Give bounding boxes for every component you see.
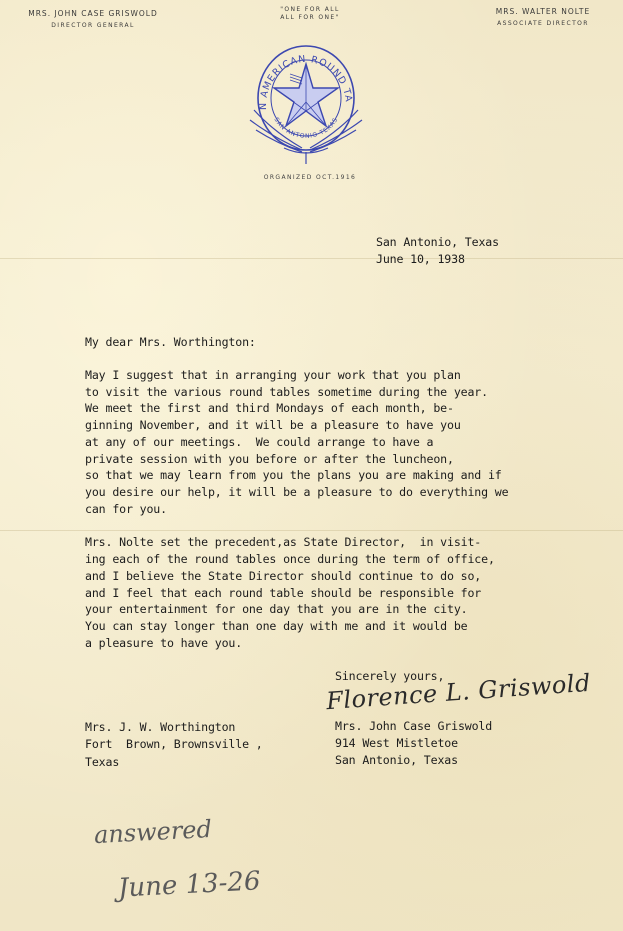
associate-director-name: MRS. WALTER NOLTE [468,7,618,16]
paragraph-1-line: can for you. [85,501,167,518]
paragraph-1-line: We meet the first and third Mondays of e… [85,400,454,417]
paper-fold-line [0,530,623,531]
sender-line: 914 West Mistletoe [335,735,458,752]
paragraph-1-line: you desire our help, it will be a pleasu… [85,484,508,501]
pencil-note-date: June 13-26 [117,866,261,903]
recipient-line: Fort Brown, Brownsville , [85,736,263,753]
paragraph-2-line: a pleasure to have you. [85,635,242,652]
letter-date: June 10, 1938 [376,251,465,268]
pan-american-round-table-seal-icon: PAN AMERICAN ROUND TABLE SAN ANTONIO TEX… [244,40,368,164]
organized-date: ORGANIZED OCT.1916 [250,174,370,181]
paragraph-1-line: at any of our meetings. We could arrange… [85,434,433,451]
sender-line: San Antonio, Texas [335,752,458,769]
paragraph-1-line: private session with you before or after… [85,451,454,468]
paragraph-2-line: ing each of the round tables once during… [85,551,495,568]
sender-line: Mrs. John Case Griswold [335,718,492,735]
paper-fold-line [0,258,623,259]
associate-director-title: ASSOCIATE DIRECTOR [468,20,618,27]
letterhead-right: MRS. WALTER NOLTE ASSOCIATE DIRECTOR [468,7,618,27]
paragraph-1-line: May I suggest that in arranging your wor… [85,367,461,384]
paragraph-1-line: so that we may learn from you the plans … [85,467,502,484]
letterhead-left: MRS. JOHN CASE GRISWOLD DIRECTOR GENERAL [8,9,178,29]
paragraph-2-line: You can stay longer than one day with me… [85,618,467,635]
salutation: My dear Mrs. Worthington: [85,334,256,351]
director-general-title: DIRECTOR GENERAL [8,22,178,29]
paragraph-1-line: to visit the various round tables someti… [85,384,488,401]
svg-text:SAN ANTONIO TEXAS: SAN ANTONIO TEXAS [273,116,340,139]
paragraph-2-line: and I feel that each round table should … [85,585,481,602]
paragraph-2-line: your entertainment for one day that you … [85,601,467,618]
motto-line-2: ALL FOR ONE" [250,14,370,21]
pencil-note-answered: answered [93,815,212,849]
letter-place: San Antonio, Texas [376,234,499,251]
director-general-name: MRS. JOHN CASE GRISWOLD [8,9,178,18]
motto-line-1: "ONE FOR ALL [250,6,370,13]
paragraph-2-line: Mrs. Nolte set the precedent,as State Di… [85,534,481,551]
recipient-line: Mrs. J. W. Worthington [85,719,235,736]
paragraph-2-line: and I believe the State Director should … [85,568,481,585]
paragraph-1-line: ginning November, and it will be a pleas… [85,417,461,434]
letterhead-motto: "ONE FOR ALL ALL FOR ONE" [250,6,370,21]
recipient-line: Texas [85,754,119,771]
